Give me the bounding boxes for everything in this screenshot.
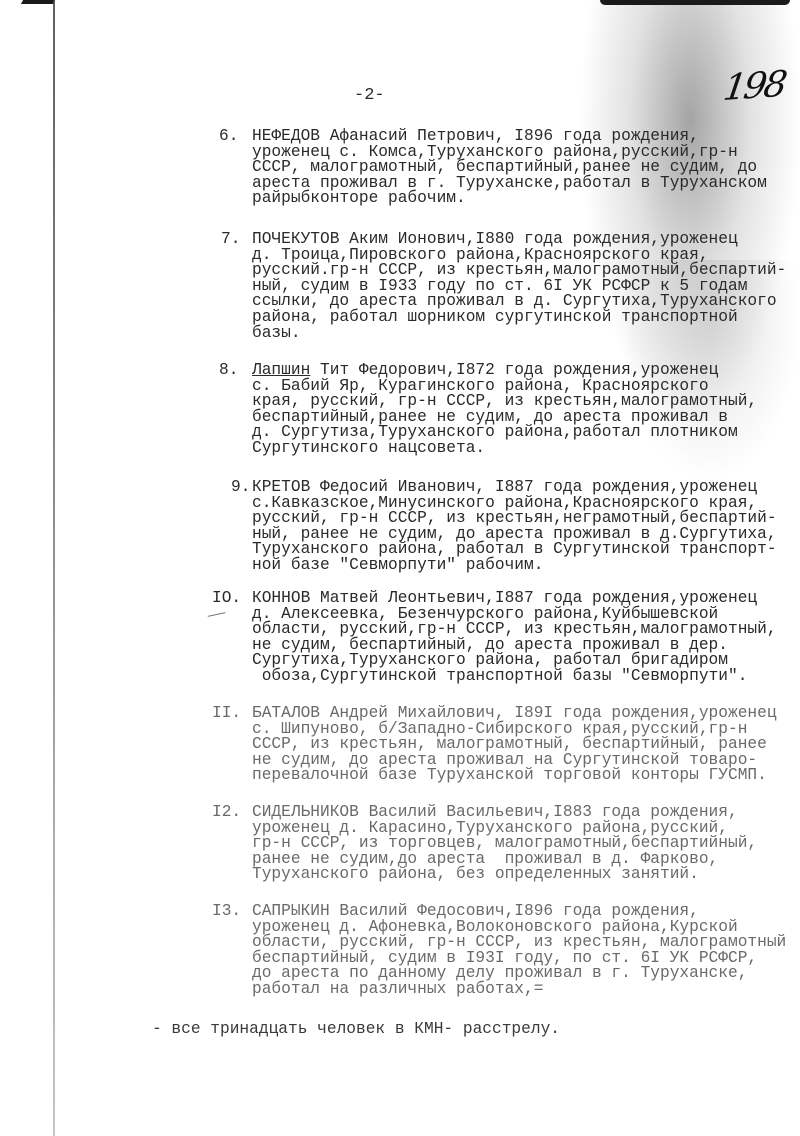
entry-line: райрыбконторе рабочим. xyxy=(252,191,767,207)
entry-number: 7. xyxy=(221,232,240,248)
archive-sheet-number: 198 xyxy=(721,64,787,109)
entry-line: района, работал шорником сургутинской тр… xyxy=(252,310,786,326)
entry-text: СИДЕЛЬНИКОВ Василий Васильевич,I883 года… xyxy=(252,805,757,883)
entry-number: 9. xyxy=(231,480,250,496)
entry-text: БАТАЛОВ Андрей Михайлович, I89I года рож… xyxy=(252,706,777,784)
entry-line: базы. xyxy=(252,326,786,342)
verdict-conclusion: - все тринадцать человек в КМН- расстрел… xyxy=(152,1020,560,1038)
binding-fold-line xyxy=(53,0,55,1136)
entry-text: НЕФЕДОВ Афанасий Петрович, I896 года рож… xyxy=(252,129,767,207)
entry-number: 6. xyxy=(219,129,238,145)
entry-number: 8. xyxy=(219,363,238,379)
entry-line: Туруханского района, без определенных за… xyxy=(252,867,757,883)
entry-line: Сургутинского нацсовета. xyxy=(252,441,757,457)
entry-line: ной базе "Севморпути" рабочим. xyxy=(252,558,777,574)
entry-number: IO. xyxy=(212,591,241,607)
entry-line: работал на различных работах,= xyxy=(252,982,786,998)
entry-text: КОННОВ Матвей Леонтьевич,I887 года рожде… xyxy=(252,591,777,685)
scan-edge-dark xyxy=(600,0,790,5)
entry-number: II. xyxy=(212,706,241,722)
entry-text: Лапшин Тит Федорович,I872 года рождения,… xyxy=(252,363,757,457)
entry-text: ПОЧЕКУТОВ Аким Ионович,I880 года рождени… xyxy=(252,232,786,341)
entry-text: КРЕТОВ Федосий Иванович, I887 года рожде… xyxy=(252,480,777,574)
entry-number: I2. xyxy=(212,805,241,821)
pencil-tick-mark xyxy=(208,612,227,621)
entry-line: обоза,Сургутинской транспортной базы "Се… xyxy=(252,669,777,685)
entry-text: САПРЫКИН Василий Федосович,I896 года рож… xyxy=(252,904,786,998)
page-number: -2- xyxy=(354,86,385,105)
entry-line: перевалочной базе Туруханской торговой к… xyxy=(252,768,777,784)
scan-corner xyxy=(21,0,55,4)
entry-number: I3. xyxy=(212,904,241,920)
